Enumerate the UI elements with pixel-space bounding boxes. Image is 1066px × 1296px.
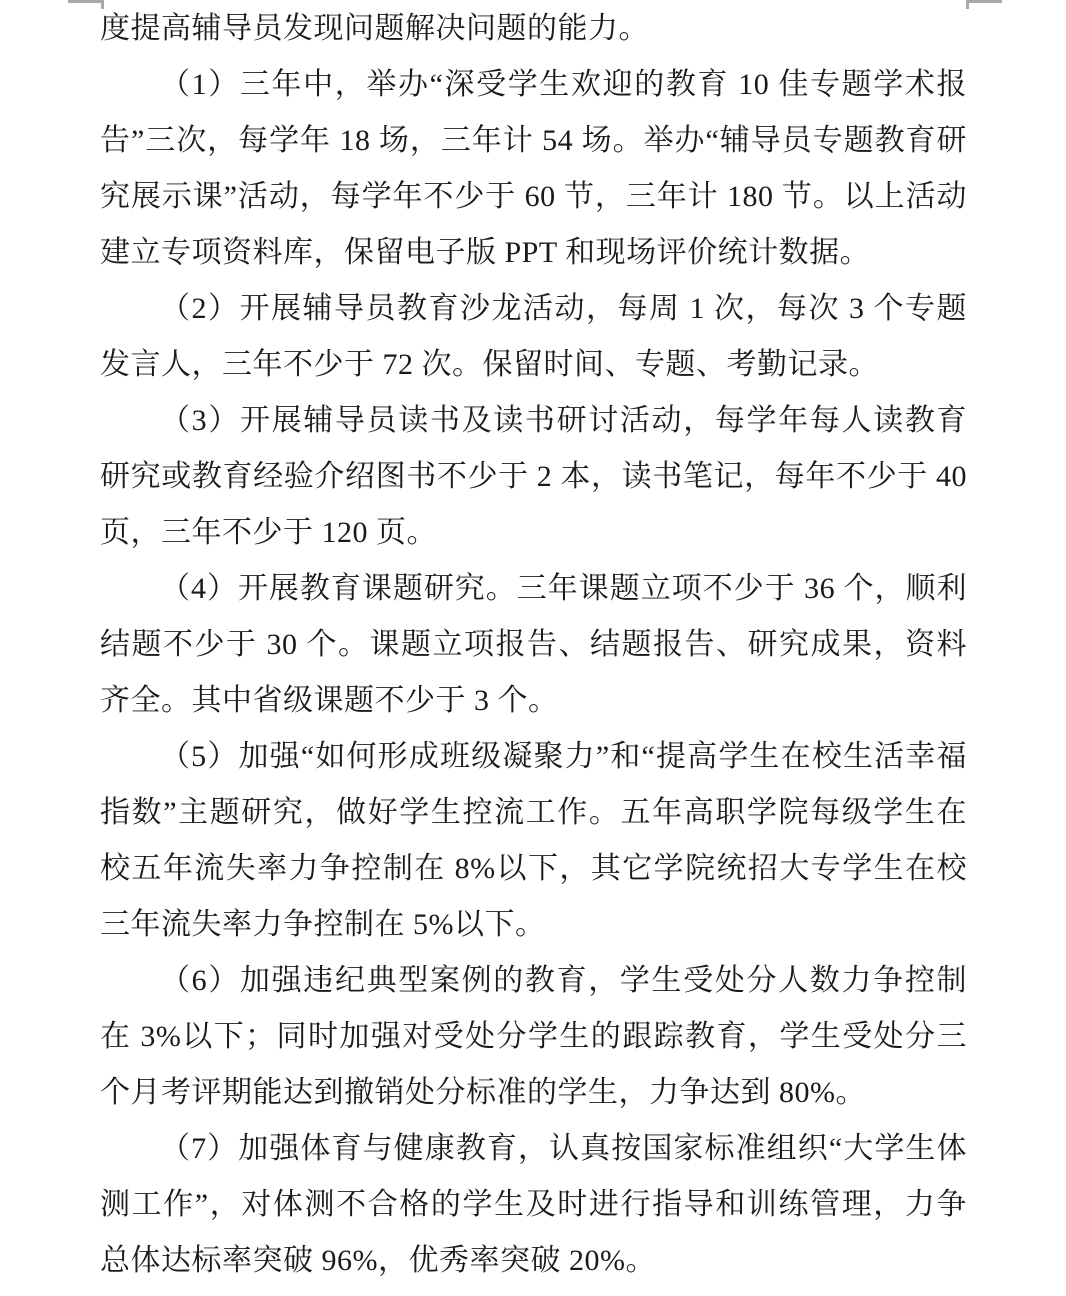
- paragraph-item-3: （3）开展辅导员读书及读书研讨活动，每学年每人读教育研究或教育经验介绍图书不少于…: [100, 393, 967, 561]
- document-page: 度提高辅导员发现问题解决问题的能力。 （1）三年中，举办“深受学生欢迎的教育 1…: [0, 0, 1066, 1296]
- paragraph-continuation: 度提高辅导员发现问题解决问题的能力。: [100, 1, 967, 57]
- paragraph-item-4: （4）开展教育课题研究。三年课题立项不少于 36 个，顺利结题不少于 30 个。…: [100, 561, 967, 729]
- paragraph-item-6: （6）加强违纪典型案例的教育，学生受处分人数力争控制在 3%以下；同时加强对受处…: [100, 953, 967, 1121]
- paragraph-item-2: （2）开展辅导员教育沙龙活动，每周 1 次，每次 3 个专题发言人，三年不少于 …: [100, 281, 967, 393]
- paragraph-item-5: （5）加强“如何形成班级凝聚力”和“提高学生在校生活幸福指数”主题研究，做好学生…: [100, 729, 967, 953]
- paragraph-item-7: （7）加强体育与健康教育，认真按国家标准组织“大学生体测工作”，对体测不合格的学…: [100, 1121, 967, 1289]
- paragraph-item-1: （1）三年中，举办“深受学生欢迎的教育 10 佳专题学术报告”三次，每学年 18…: [100, 57, 967, 281]
- margin-crop-mark-top-right: [966, 0, 1002, 9]
- document-body: 度提高辅导员发现问题解决问题的能力。 （1）三年中，举办“深受学生欢迎的教育 1…: [100, 1, 967, 1289]
- margin-crop-mark-top-left: [68, 0, 104, 9]
